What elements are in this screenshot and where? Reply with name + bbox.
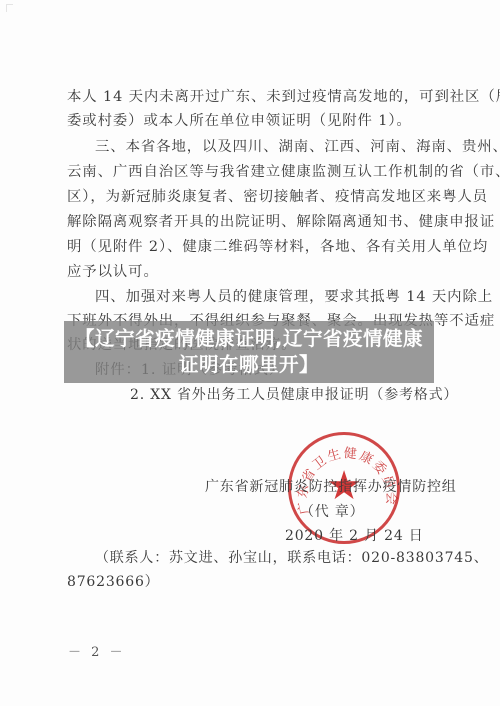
signing-organization: 广东省新冠肺炎防控指挥办疫情防控组: [205, 478, 457, 496]
paragraph-line: 本人 14 天内未离开过广东、未到过疫情高发地的，可到社区（居: [67, 88, 442, 106]
contact-line-1: （联系人：苏文进、孙宝山，联系电话：020-83803745、: [95, 549, 489, 567]
paragraph-line: 明（见附件 2）、健康二维码等材料，各地、各有关用人单位均: [67, 238, 442, 256]
paragraph-line: 应予以认可。: [67, 263, 442, 281]
title-overlay-banner: 【辽宁省疫情健康证明,辽宁省疫情健康证明在哪里开】: [64, 321, 434, 383]
signing-date: 2020 年 2 月 24 日: [285, 527, 424, 545]
paragraph-line: 云南、广西自治区等与我省建立健康监测互认工作机制的省（市、: [67, 163, 442, 181]
paragraph-line: 三、本省各地，以及四川、湖南、江西、河南、海南、贵州、: [95, 138, 470, 156]
article-title: 【辽宁省疫情健康证明,辽宁省疫情健康证明在哪里开】: [69, 326, 429, 378]
corner-crop-mark: [6, 4, 13, 12]
paragraph-line: 解除隔离观察者开具的出院证明、解除隔离通知书、健康申报证: [67, 213, 442, 231]
seal-note: （代 章）: [300, 503, 364, 521]
paragraph-line: 委或村委）或本人所在单位申领证明（见附件 1）。: [67, 112, 442, 130]
paragraph-line: 区），为新冠肺炎康复者、密切接触者、疫情高发地区来粤人员: [67, 188, 442, 206]
contact-line-2: 87623666）: [67, 573, 159, 591]
paragraph-line: 四、加强对来粤人员的健康管理，要求其抵粤 14 天内除上: [95, 288, 470, 306]
attachment-item-2: 2. XX 省外出务工人员健康申报证明（参考格式）: [130, 386, 458, 404]
page-number: － 2 －: [68, 641, 126, 660]
